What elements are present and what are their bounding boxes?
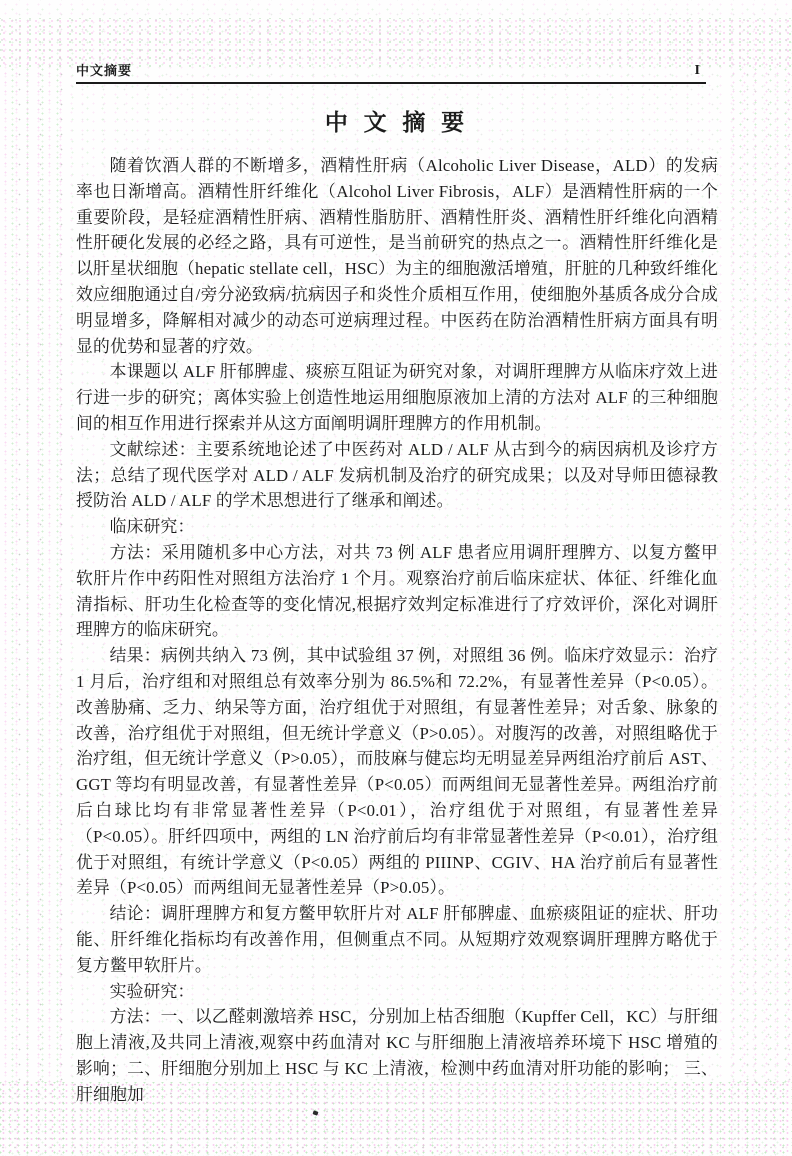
paragraph-clinical-conclusion: 结论：调肝理脾方和复方鳖甲软肝片对 ALF 肝郁脾虚、血瘀痰阻证的症状、肝功能、…: [76, 901, 718, 978]
paragraph-clinical-results: 结果：病例共纳入 73 例，其中试验组 37 例，对照组 36 例。临床疗效显示…: [76, 643, 718, 901]
paragraph-clinical-study-heading: 临床研究：: [76, 514, 718, 540]
paragraph-literature-review: 文献综述：主要系统地论述了中医药对 ALD / ALF 从古到今的病因病机及诊疗…: [76, 437, 718, 514]
paragraph-experimental-study-heading: 实验研究：: [76, 979, 718, 1005]
paragraph-clinical-methods: 方法：采用随机多中心方法，对共 73 例 ALF 患者应用调肝理脾方、以复方鳖甲…: [76, 540, 718, 643]
running-header-title: 中文摘要: [76, 60, 132, 79]
paragraph-intro: 随着饮酒人群的不断增多，酒精性肝病（Alcoholic Liver Diseas…: [76, 153, 718, 359]
paragraph-experimental-methods: 方法：一、以乙醛刺激培养 HSC，分别加上枯否细胞（Kupffer Cell，K…: [76, 1004, 718, 1107]
abstract-body: 随着饮酒人群的不断增多，酒精性肝病（Alcoholic Liver Diseas…: [76, 153, 718, 1107]
running-header: 中文摘要 I: [76, 0, 706, 84]
page-content: 中文摘要 I 中 文 摘 要 随着饮酒人群的不断增多，酒精性肝病（Alcohol…: [0, 0, 792, 1107]
scanned-abstract-page: 中文摘要 I 中 文 摘 要 随着饮酒人群的不断增多，酒精性肝病（Alcohol…: [0, 0, 792, 1156]
ink-speck: [312, 1110, 318, 1115]
document-title: 中 文 摘 要: [76, 104, 718, 137]
paragraph-topic: 本课题以 ALF 肝郁脾虚、痰瘀互阻证为研究对象，对调肝理脾方从临床疗效上进行进…: [76, 359, 718, 436]
page-number: I: [695, 63, 706, 79]
